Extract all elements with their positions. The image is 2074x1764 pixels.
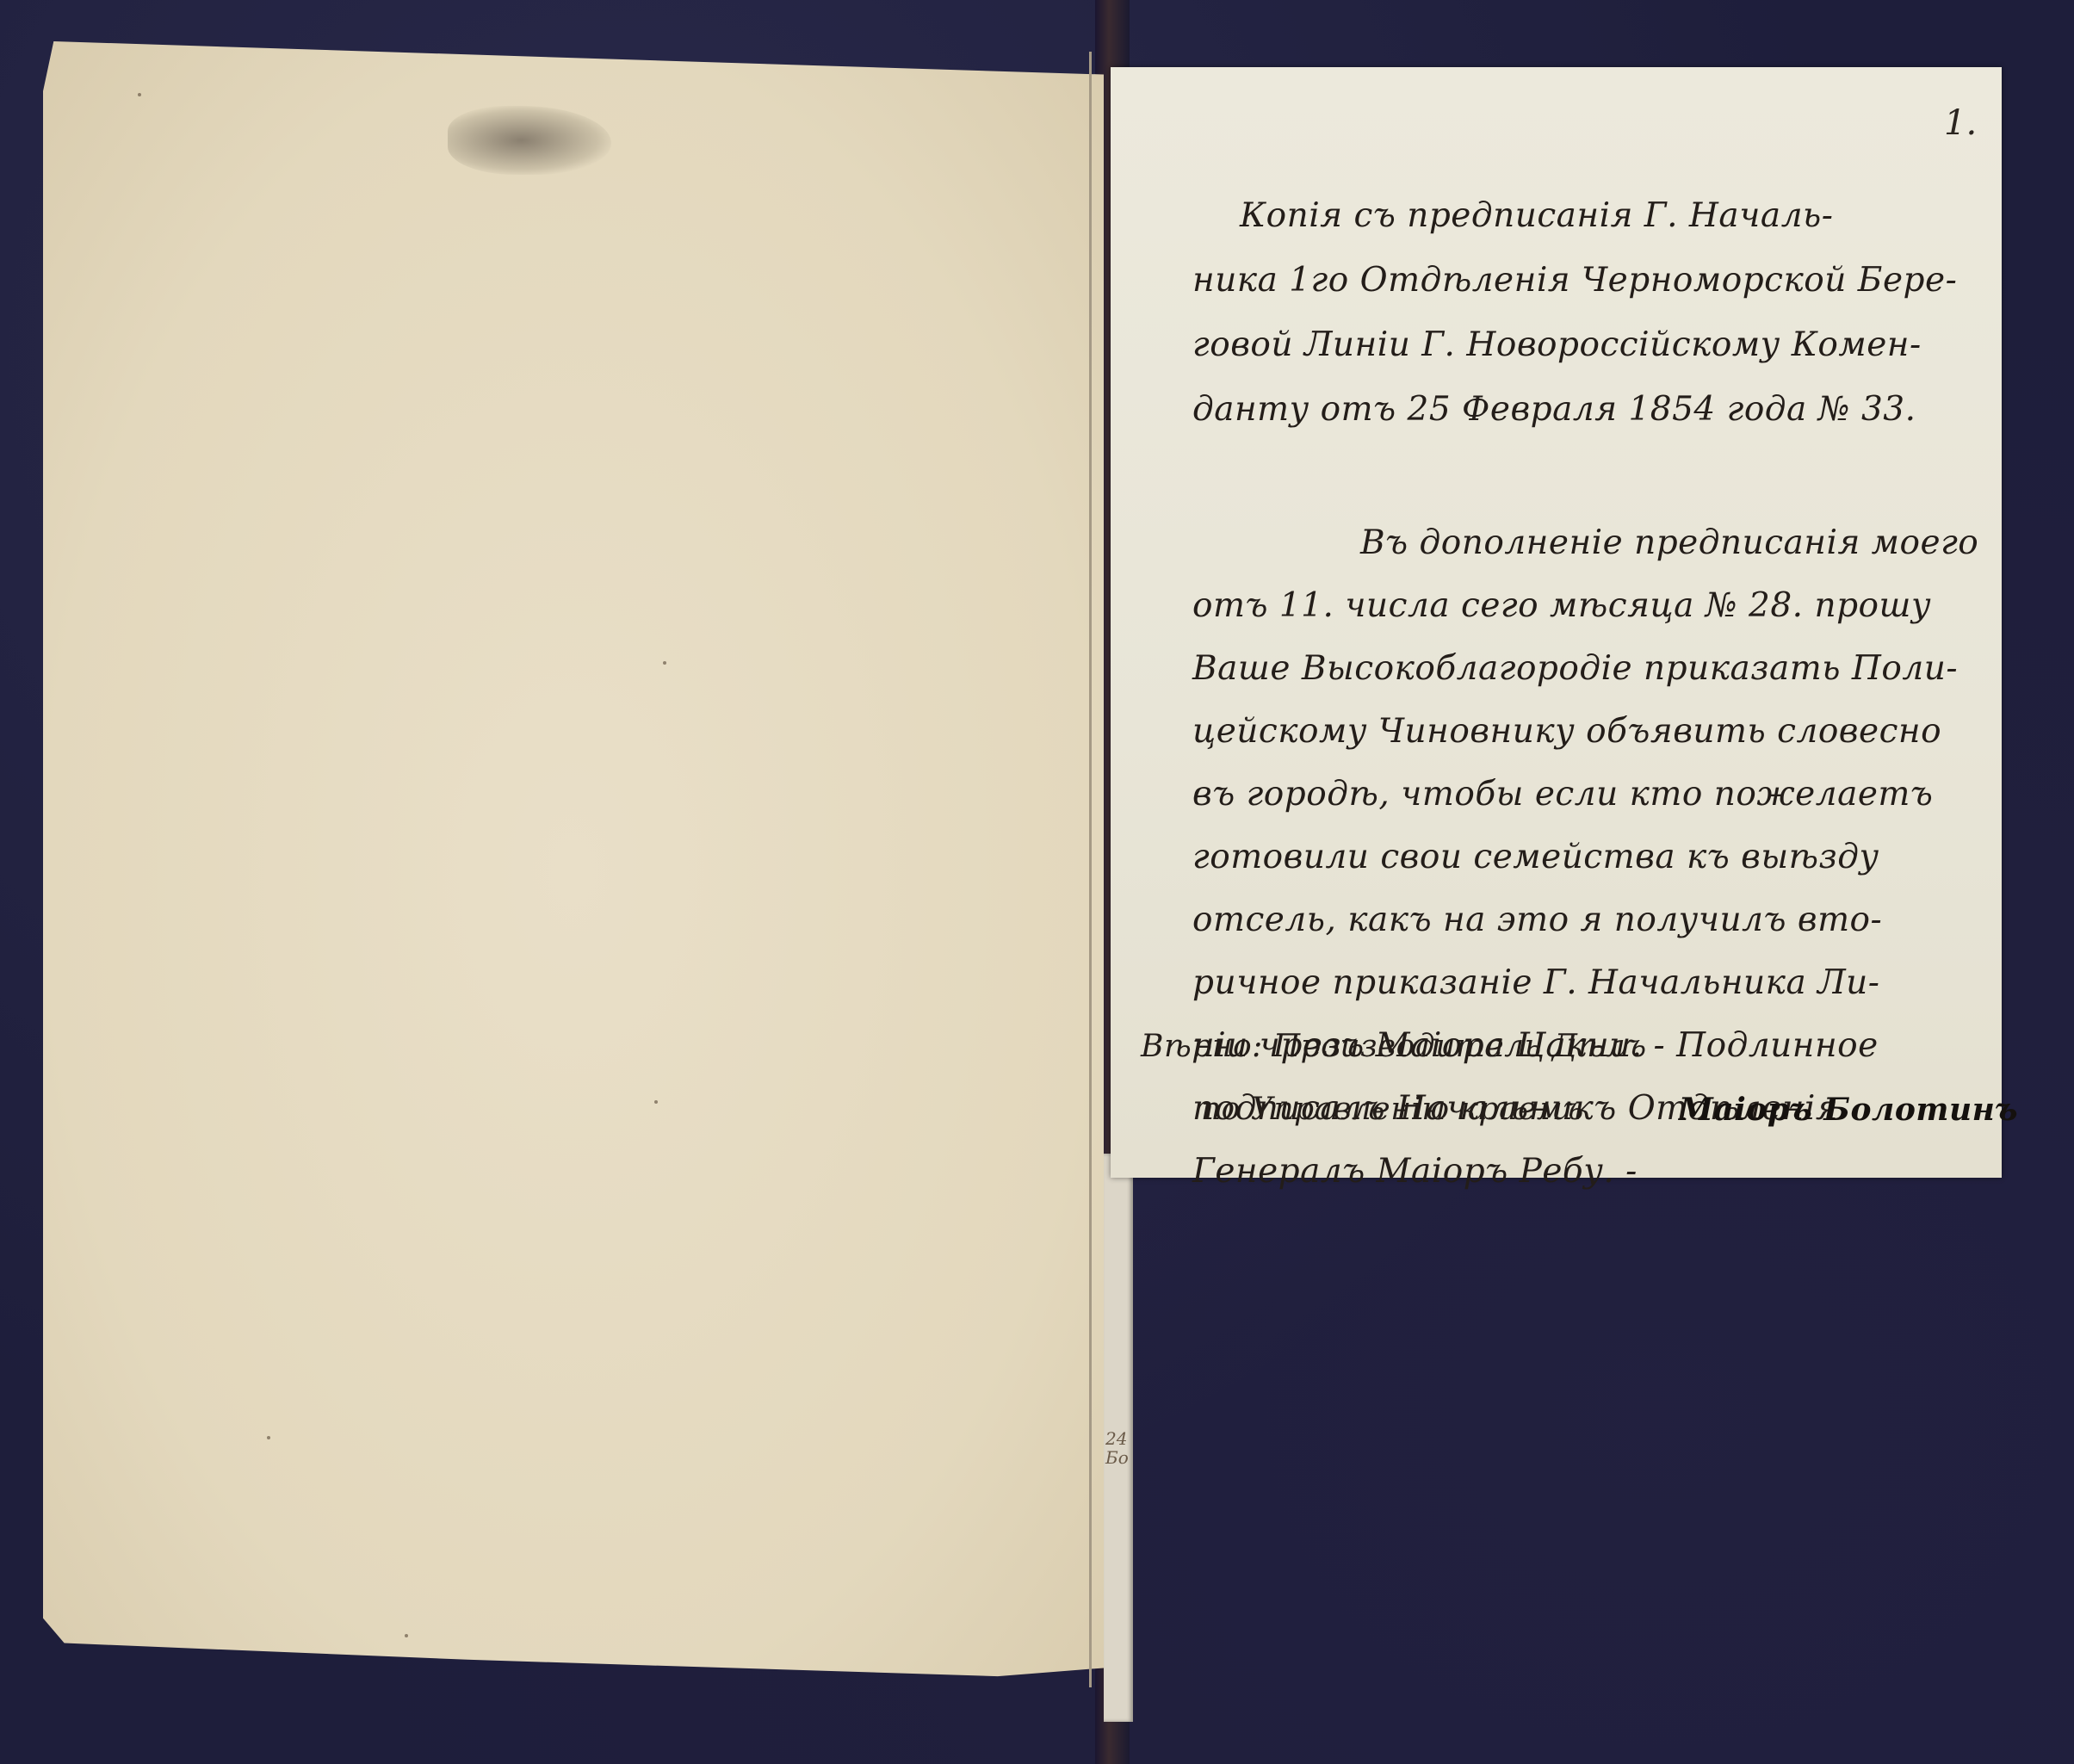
body-line: въ городѣ, чтобы если кто пожелаетъ xyxy=(1192,775,1933,814)
attestation-line: Вѣрно: Производитель Дѣлъ xyxy=(1141,1029,1647,1064)
body-line: Генералъ Маіоръ Ребу. - xyxy=(1192,1152,1638,1191)
body-line: отсель, какъ на это я получилъ вто- xyxy=(1192,901,1882,939)
body-line: цейскому Чиновнику объявить словесно xyxy=(1192,712,1941,751)
paper-fleck xyxy=(405,1634,408,1637)
heading-line: ника 1го Отдѣленія Черноморской Бере- xyxy=(1192,261,1957,300)
folio-number: 1. xyxy=(1944,103,1977,143)
body-line: Въ дополненіе предписанія моего xyxy=(1360,523,1978,562)
signature: Маіоръ Болотинъ xyxy=(1679,1092,2018,1128)
paper-fleck xyxy=(267,1436,270,1439)
attestation-line: по Управленію краемъ xyxy=(1201,1092,1584,1127)
body-line: Ваше Высокоблагородіе приказать Поли- xyxy=(1192,649,1958,688)
right-page-manuscript: 1. Копія съ предписанія Г. Началь- ника … xyxy=(1111,67,2002,1178)
heading-line: данту отъ 25 Февраля 1854 года № 33. xyxy=(1192,390,1916,429)
body-line: готовили свои семейства къ выѣзду xyxy=(1192,838,1879,876)
ink-stain xyxy=(448,106,611,175)
paper-fleck xyxy=(654,1100,658,1104)
page-edge xyxy=(1089,52,1092,1687)
heading-line: говой Линіи Г. Новороссійскому Комен- xyxy=(1192,325,1922,364)
left-page-blank xyxy=(43,41,1104,1701)
paper-fleck xyxy=(138,93,141,96)
paper-fleck xyxy=(663,661,666,665)
body-line: отъ 11. числа сего мѣсяца № 28. прошу xyxy=(1192,586,1931,625)
spine-note: 24 Бо xyxy=(1105,1429,1131,1467)
body-line: ричное приказаніе Г. Начальника Ли- xyxy=(1192,963,1879,1002)
heading-line: Копія съ предписанія Г. Началь- xyxy=(1240,196,1833,235)
